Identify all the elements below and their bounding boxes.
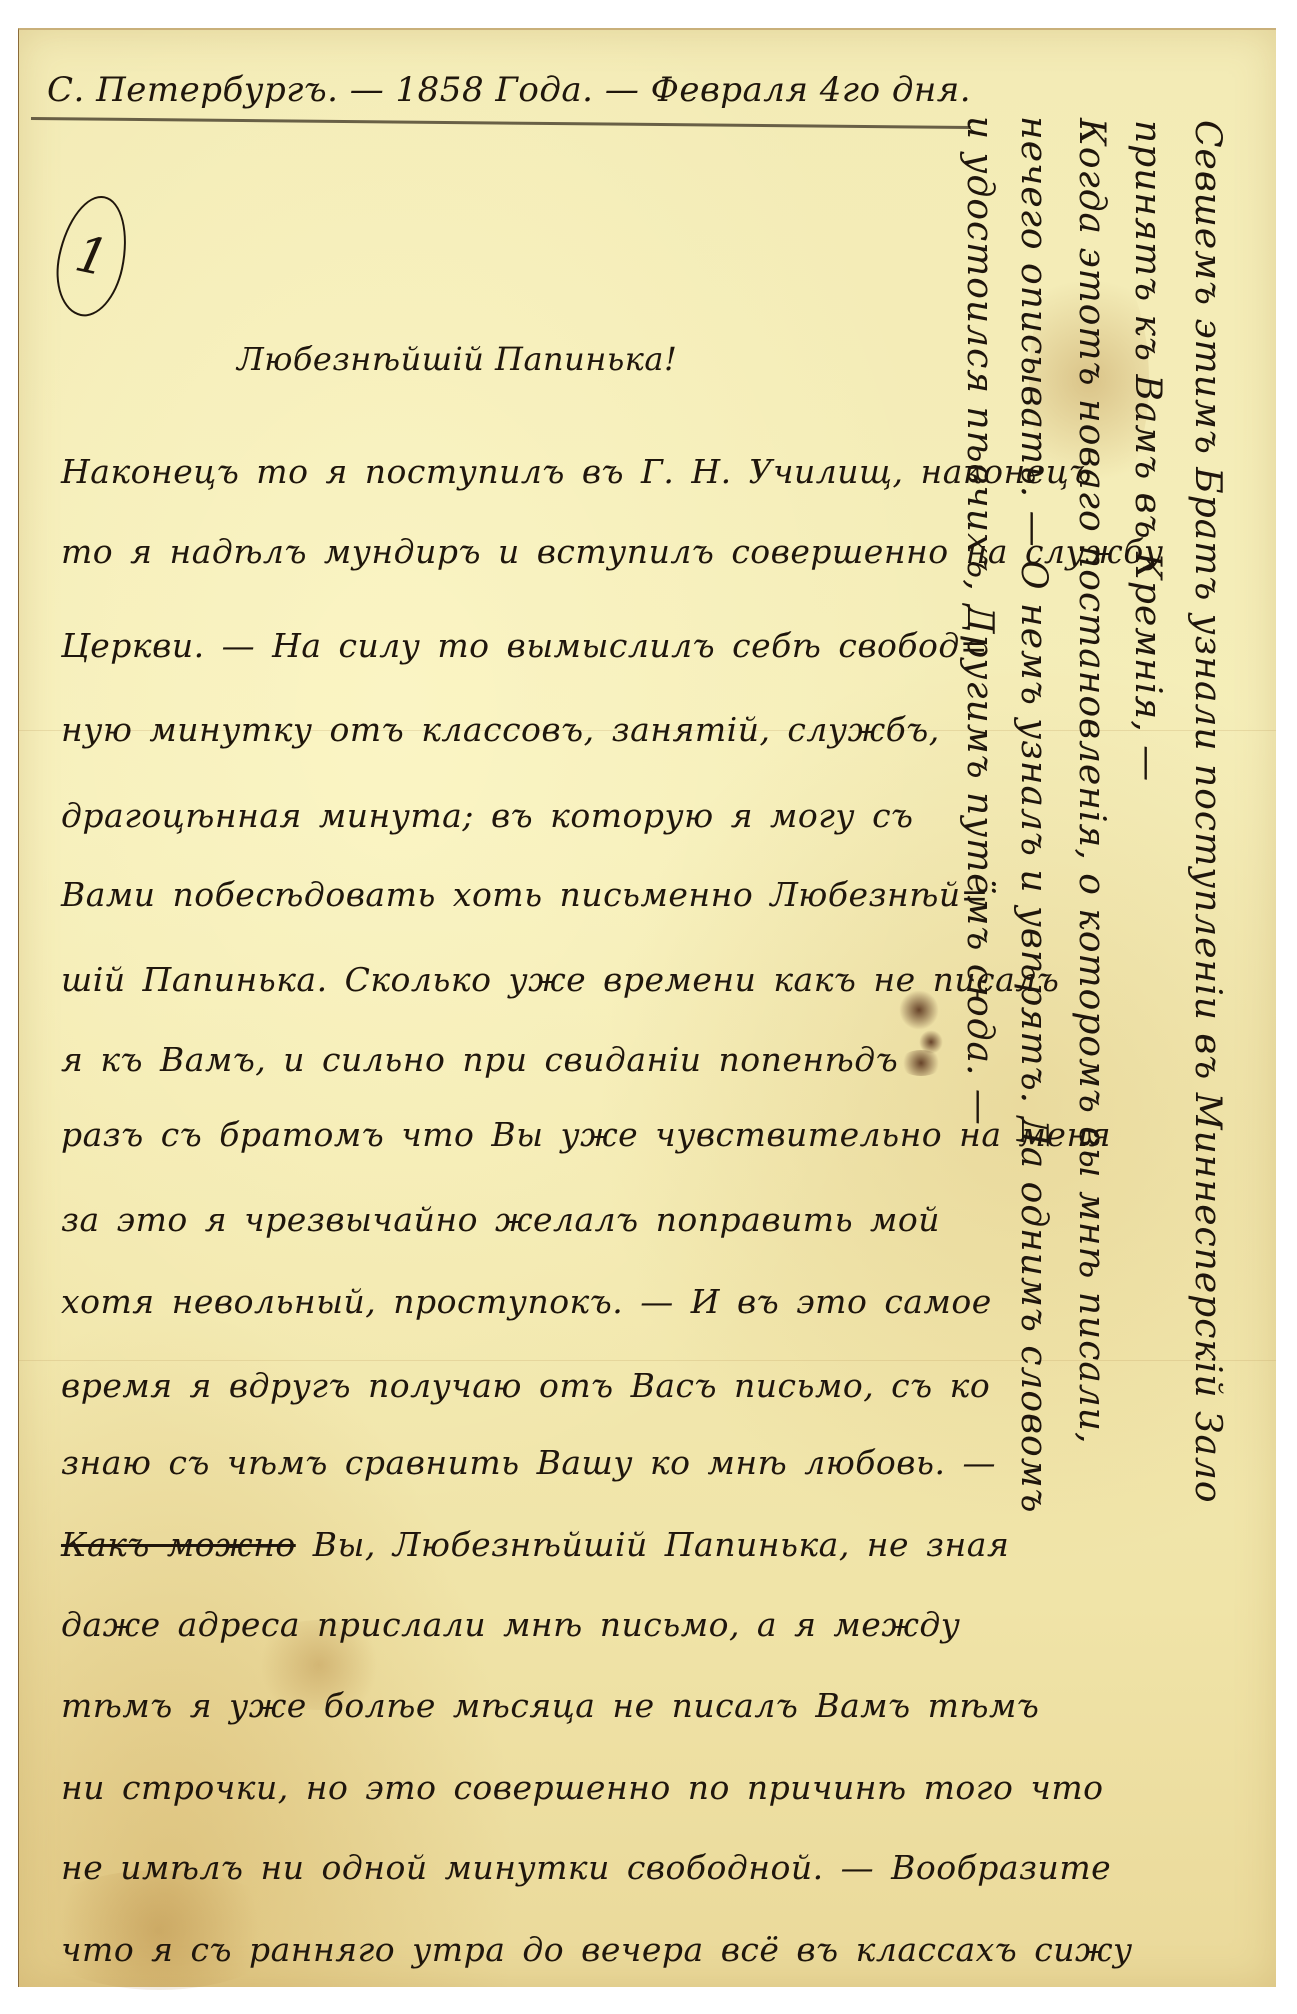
letter-header: С. Петербургъ. — 1858 Года. — Февраля 4г…	[47, 70, 971, 110]
margin-column: нечего описывать. — О немъ узналъ и увѣр…	[1013, 116, 1054, 1514]
ink-blot	[899, 1050, 943, 1076]
header-year: 1858 Года.	[396, 70, 594, 110]
margin-column: Севшемъ этимъ Братъ узнали поступленiи в…	[1187, 120, 1228, 1504]
page-number-text: 1	[70, 224, 113, 287]
body-line: даже адреса прислали мнѣ письмо, а я меж…	[61, 1605, 960, 1644]
body-line: Вами побесѣдовать хоть письменно Любезнѣ…	[61, 875, 989, 914]
body-line: разъ съ братомъ что Вы уже чувствительно…	[61, 1115, 1111, 1154]
margin-column: Когда этотъ новаго постановленiя, о кото…	[1071, 118, 1112, 1444]
header-place: С. Петербургъ.	[47, 70, 338, 110]
letter-page: С. Петербургъ. — 1858 Года. — Февраля 4г…	[18, 28, 1276, 1987]
circled-page-number: 1	[47, 189, 137, 322]
header-date: Февраля 4го дня.	[651, 70, 972, 110]
body-line: Церкви. — На силу то вымыслилъ себѣ своб…	[61, 626, 988, 665]
body-line: драгоцѣнная минута; въ которую я могу съ	[61, 796, 914, 835]
margin-column: и удостоился пѣвчихъ, Другимъ путёмъ сюд…	[959, 116, 1000, 1126]
body-line: не имѣлъ ни одной минутки свободной. — В…	[61, 1848, 1111, 1887]
ink-blot	[899, 990, 939, 1030]
body-line: что я съ ранняго утра до вечера всё въ к…	[61, 1930, 1133, 1969]
body-line-text: Вы, Любезнѣйшiй Папинька, не зная	[313, 1525, 1010, 1564]
body-line: тѣмъ я уже болѣе мѣсяца не писалъ Вамъ т…	[61, 1686, 1039, 1725]
body-line: ную минутку отъ классовъ, занятiй, служб…	[61, 710, 940, 749]
salutation: Любезнѣйшiй Папинька!	[237, 340, 677, 378]
body-line: ни строчки, но это совершенно по причинѣ…	[61, 1768, 1104, 1807]
body-line: хотя невольный, проступокъ. — И въ это с…	[61, 1282, 992, 1321]
body-line: Какъ можно Вы, Любезнѣйшiй Папинька, не …	[61, 1525, 1009, 1564]
header-underline	[31, 117, 971, 129]
body-line: знаю съ чѣмъ сравнить Вашу ко мнѣ любовь…	[61, 1443, 996, 1482]
body-line: за это я чрезвычайно желалъ поправить мо…	[61, 1200, 940, 1239]
body-line: я къ Вамъ, и сильно при свиданiи попенѣд…	[61, 1040, 898, 1079]
body-line: Наконецъ то я поступилъ въ Г. Н. Училищ,…	[61, 452, 1092, 491]
struck-out-word: Какъ можно	[61, 1525, 296, 1564]
margin-column: принятъ къ Вамъ въ Кремнiя, —	[1127, 120, 1168, 782]
body-line: время я вдругъ получаю отъ Васъ письмо, …	[61, 1366, 990, 1405]
